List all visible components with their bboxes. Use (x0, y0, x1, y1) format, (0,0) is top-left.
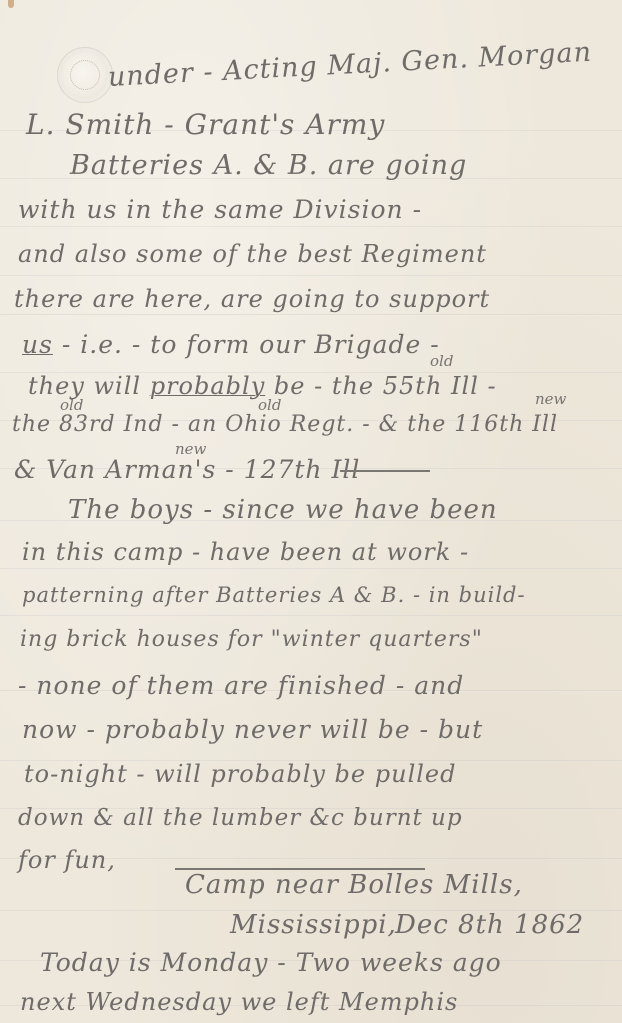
letter-line-4: with us in the same Division - (18, 195, 422, 224)
annotation-old: old (430, 352, 453, 370)
letter-line-19: for fun, (18, 846, 116, 874)
letter-line-13: patterning after Batteries A & B. - in b… (22, 583, 526, 607)
ruled-line (0, 615, 622, 616)
underlined-probably: probably (150, 372, 266, 400)
ruled-line (0, 568, 622, 569)
letter-line-11: The boys - since we have been (68, 495, 498, 525)
letter-line-9: the 83rd Ind - an Ohio Regt. - & the 116… (12, 412, 558, 437)
ruled-line (0, 275, 622, 276)
annotation-new: new (535, 390, 566, 408)
letter-line-14: ing brick houses for "winter quarters" (20, 627, 483, 652)
dateline-state: Mississippi, (230, 910, 397, 940)
paper-fold (0, 314, 622, 316)
dash-stroke (340, 470, 430, 472)
letter-line-10: & Van Arman's - 127th Ill (14, 455, 360, 484)
letter-line-3: Batteries A. & B. are going (70, 150, 467, 181)
letter-line-18: down & all the lumber &c burnt up (18, 805, 463, 831)
embossed-seal-icon (62, 52, 108, 98)
dateline-date: Dec 8th 1862 (395, 910, 584, 940)
closing-line-2: next Wednesday we left Memphis (20, 988, 458, 1016)
ink-stain (8, 0, 14, 8)
closing-line-1: Today is Monday - Two weeks ago (40, 948, 502, 977)
letter-line-12: in this camp - have been at work - (22, 538, 469, 566)
letter-line-6: there are here, are going to support (14, 285, 490, 313)
letter-line-7: us - i.e. - to form our Brigade - (22, 330, 440, 359)
letter-line-17: to-night - will probably be pulled (24, 760, 456, 788)
dateline-place: Camp near Bolles Mills, (185, 870, 523, 900)
letter-page: under - Acting Maj. Gen. Morgan L. Smith… (0, 0, 622, 1023)
underlined-us: us (22, 330, 53, 359)
ruled-line (0, 226, 622, 227)
letter-line-15: - none of them are finished - and (18, 671, 464, 700)
letter-line-2: L. Smith - Grant's Army (26, 108, 385, 141)
letter-line-1: under - Acting Maj. Gen. Morgan (107, 37, 593, 93)
letter-line-5: and also some of the best Regiment (18, 240, 487, 268)
letter-line-16: now - probably never will be - but (22, 715, 483, 744)
